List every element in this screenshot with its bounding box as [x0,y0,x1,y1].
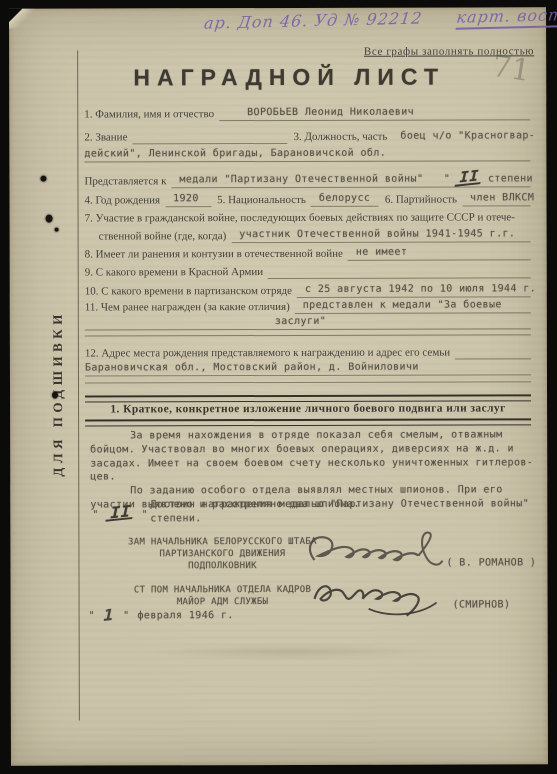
field-value-empty [132,143,287,144]
archive-note-handwritten: ар. Доп 46. Уд № 92212 карт. вост. [203,6,535,33]
field-label: 4. Год рождения [84,193,165,207]
field-row-red-army-since: 9. С какого времени в Красной Армии [85,264,531,279]
field-value: заслуги" [85,314,531,330]
quote-mark: " [123,610,129,621]
field-value-empty [268,277,531,279]
scanned-document: ДЛЯ ПОДШИВКИ ар. Доп 46. Уд № 92212 карт… [0,0,557,774]
field-value-empty [85,334,531,336]
field-value-empty [455,358,531,359]
degree-handwritten: II [105,504,135,522]
field-label: 12. Адрес места рождения представляемого… [85,346,455,361]
field-value: боец ч/о "Красногвар- [392,129,530,143]
field-label: 6. Партийность [379,193,462,207]
section-rule-bottom [85,418,531,426]
field-row-wounds: 8. Имеет ли ранения и контузии в отечест… [85,245,531,261]
field-row-partisan-since: 10. С какого времени в партизанском отря… [85,282,531,298]
field-row-prior-awards-cont: заслуги" [85,314,531,330]
award-verdict: " II " Достоин награждения медалью "Парт… [92,497,525,526]
field-value: белорусс [311,192,379,207]
field-value: ВОРОБЬЕВ Леонид Николаевич [219,105,530,121]
paper-sheet: ДЛЯ ПОДШИВКИ ар. Доп 46. Уд № 92212 карт… [9,7,548,765]
narrative-line: бойцом. Участвовал во многих боевых опер… [90,442,525,457]
degree-handwritten: II [455,169,484,187]
field-label: 7. Участие в гражданской войне, последую… [85,210,520,225]
archive-note-card-mark: карт. вост. [455,5,557,30]
section-rule-top [85,394,531,402]
section-title: 1. Краткое, конкретное изложение личного… [85,402,531,415]
medal-name: медали "Партизану Отечественной войны" [179,174,423,186]
field-row-war-participation: 7. Участие в гражданской войне, последую… [85,210,531,225]
quote-mark: " [89,610,95,621]
field-label: 10. С какого времени в партизанском отря… [85,284,297,299]
punch-hole [55,228,59,232]
field-value-empty [85,381,531,383]
narrative-line: По заданию особого отдела выявлял местны… [90,484,525,499]
field-value: не имеет [348,245,531,260]
field-row-war-participation-cont: ственной войне (где, когда) участник Оте… [85,227,531,243]
field-row-rank-position: 2. Звание 3. Должность, часть боец ч/о "… [84,129,530,144]
verdict-line: Достоин награждения медалью "Партизану О… [150,497,529,512]
signature-smirnov [308,573,448,623]
field-value: представлен к медали "За боевые [295,298,531,314]
verdict-text: Достоин награждения медалью "Партизану О… [150,497,529,526]
field-row-presented-for: Представляется к медали "Партизану Отече… [84,170,530,188]
field-value: 1920 [165,192,211,207]
field-label: 5. Национальность [211,193,311,207]
punch-hole [40,176,46,182]
form-title: НАГРАДНОЙ ЛИСТ [69,63,509,91]
field-label: 8. Имеет ли ранения и контузии в отечест… [85,247,348,262]
field-label: 9. С какого времени в Красной Армии [85,265,268,279]
quote-mark: " [444,174,450,185]
field-value: Барановичская обл., Мостовский район, д.… [85,360,531,376]
date-text: февраля 1946 г. [137,610,233,621]
binding-margin-rule [77,51,80,721]
quote-mark: " [92,509,98,520]
degree-suffix: степени [488,173,533,184]
field-row-address: 12. Адрес места рождения представляемого… [85,345,531,360]
field-label: 1. Фамилия, имя и отчество [84,107,219,121]
blank-rule [85,334,531,336]
verdict-line: степени. [150,511,529,526]
signer-name-2: (СМИРНОВ) [453,599,511,610]
date-line: " 1 " февраля 1946 г. [89,608,234,621]
field-row-prior-awards: 11. Чем ранее награжден (за какие отличи… [85,298,531,314]
punch-hole [52,392,58,399]
field-value: дейский", Ленинской бригады, Барановичск… [84,146,530,162]
field-row-birth-nationality-party: 4. Год рождения 1920 5. Национальность б… [84,191,530,207]
blank-rule [85,381,531,383]
field-row-name: 1. Фамилия, имя и отчество ВОРОБЬЕВ Леон… [84,105,530,121]
field-value: участник Отечественной войны 1941-1945 г… [231,227,530,243]
field-value: медали "Партизану Отечественной войны" "… [171,170,530,188]
field-row-position-cont: дейский", Ленинской бригады, Барановичск… [84,146,530,162]
date-day-handwritten: 1 [99,608,118,623]
field-row-address-value: Барановичская обл., Мостовский район, д.… [85,360,531,376]
signer-name-1: ( В. РОМАНОВ ) [446,557,536,568]
faded-stamp-impression [141,644,441,661]
quote-mark: " [142,509,148,520]
archive-note-text: ар. Доп 46. Уд № 92212 [203,8,424,32]
degree-block: " II " [92,498,150,526]
narrative-line: цев. [90,470,525,485]
fill-all-fields-instruction: Все графы заполнять полностью [364,45,534,57]
narrative-line: засадах. Имеет на своем боевом счету нес… [90,456,525,471]
field-value: с 25 августа 1942 по 10 июля 1944 г. [297,282,531,298]
punch-hole [46,215,53,223]
narrative-line: За время нахождения в отряде показал себ… [90,428,525,443]
field-label: Представляется к [84,174,171,188]
field-label: 2. Звание [84,130,132,144]
field-value: член ВЛКСМ [462,191,530,206]
field-label: ственной войне (где, когда) [85,229,232,243]
field-label: 3. Должность, часть [287,130,392,144]
field-label: 11. Чем ранее награжден (за какие отличи… [85,300,295,315]
